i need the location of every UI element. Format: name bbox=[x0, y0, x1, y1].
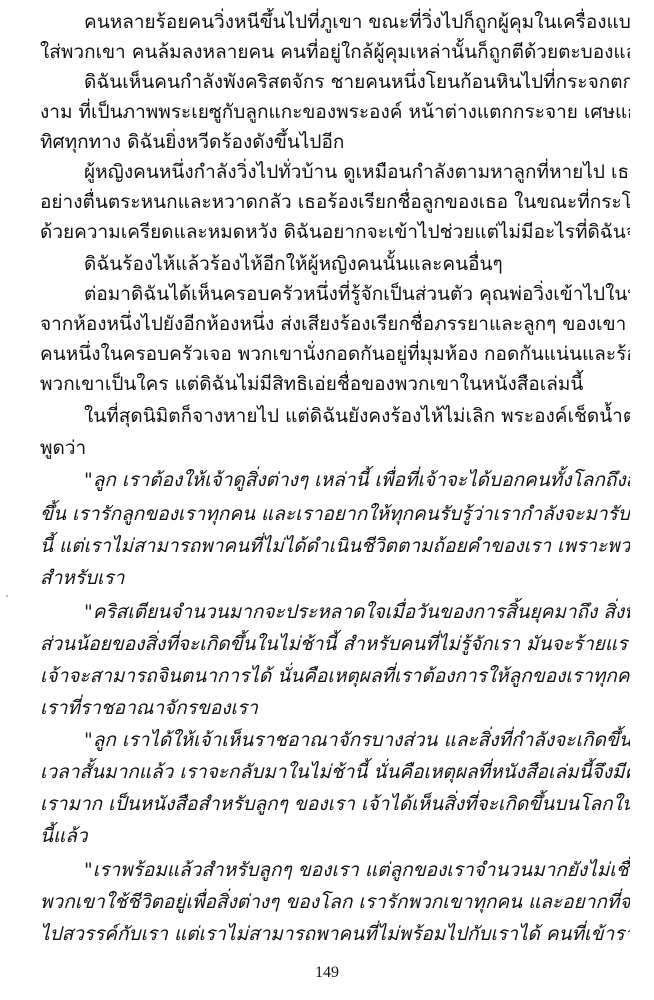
paragraph-first-line: "คริสเตียนจำนวนมากจะประหลาดใจเมื่อวันของ… bbox=[84, 598, 630, 628]
text-line: ด้วยความเครียดและหมดหวัง ดิฉันอยากจะเข้า… bbox=[40, 218, 630, 248]
paragraph-first-line: คนหลายร้อยคนวิ่งหนีขึ้นไปที่ภูเขา ขณะที่… bbox=[84, 8, 630, 38]
text-line: นี้ แต่เราไม่สามารถพาคนที่ไม่ได้ดำเนินชี… bbox=[40, 532, 630, 562]
paragraph-first-line: "ลูก เราต้องให้เจ้าดูสิ่งต่างๆ เหล่านี้ … bbox=[84, 466, 630, 496]
text-line: นี้แล้ว bbox=[40, 822, 630, 852]
paragraph-first-line: "ลูก เราได้ให้เจ้าเห็นราชอาณาจักรบางส่วน… bbox=[84, 726, 630, 756]
text-line: ใส่พวกเขา คนล้มลงหลายคน คนที่อยู่ใกล้ผู้… bbox=[40, 38, 630, 68]
text-line: ขึ้น เรารักลูกของเราทุกคน และเราอยากให้ท… bbox=[40, 500, 630, 530]
text-line: เรามาก เป็นหนังสือสำหรับลูกๆ ของเรา เจ้า… bbox=[40, 790, 630, 820]
scan-speck bbox=[6, 595, 8, 597]
text-line: ทิศทุกทาง ดิฉันยิ่งหวีดร้องดังขึ้นไปอีก bbox=[40, 128, 630, 158]
paragraph-first-line: ต่อมาดิฉันได้เห็นครอบครัวหนึ่งที่รู้จักเ… bbox=[84, 280, 630, 310]
page-number: 149 bbox=[0, 964, 654, 982]
paragraph-first-line: ดิฉันร้องไห้แล้วร้องไห้อีกให้ผู้หญิงคนนั… bbox=[84, 250, 630, 280]
text-line: พูดว่า bbox=[40, 434, 630, 464]
text-line: เราที่ราชอาณาจักรของเรา bbox=[40, 694, 630, 724]
text-line: ส่วนน้อยของสิ่งที่จะเกิดขึ้นในไม่ช้านี้ … bbox=[40, 630, 630, 660]
text-line: คนหนึ่งในครอบครัวเจอ พวกเขานั่งกอดกันอยู… bbox=[40, 340, 630, 370]
text-line: ไปสวรรค์กับเรา แต่เราไม่สามารถพาคนที่ไม่… bbox=[40, 920, 630, 950]
paragraph-first-line: ในที่สุดนิมิตก็จางหายไป แต่ดิฉันยังคงร้อ… bbox=[84, 402, 630, 432]
text-line: อย่างตื่นตระหนกและหวาดกลัว เธอร้องเรียกช… bbox=[40, 188, 630, 218]
text-line: พวกเขาใช้ชีวิตอยู่เพื่อสิ่งต่างๆ ของโลก … bbox=[40, 888, 630, 918]
text-line: งาม ที่เป็นภาพพระเยซูกับลูกแกะของพระองค์… bbox=[40, 98, 630, 128]
text-line: สำหรับเรา bbox=[40, 564, 630, 594]
document-page: คนหลายร้อยคนวิ่งหนีขึ้นไปที่ภูเขา ขณะที่… bbox=[0, 0, 654, 1000]
paragraph-first-line: ผู้หญิงคนหนึ่งกำลังวิ่งไปทั่วบ้าน ดูเหมื… bbox=[84, 158, 630, 188]
paragraph-first-line: "เราพร้อมแล้วสำหรับลูกๆ ของเรา แต่ลูกของ… bbox=[84, 856, 630, 886]
text-line: เจ้าจะสามารถจินตนาการได้ นั่นคือเหตุผลที… bbox=[40, 662, 630, 692]
text-line: พวกเขาเป็นใคร แต่ดิฉันไม่มีสิทธิเอ่ยชื่อ… bbox=[40, 370, 630, 400]
text-line: จากห้องหนึ่งไปยังอีกห้องหนึ่ง ส่งเสียงร้… bbox=[40, 310, 630, 340]
text-line: เวลาสั้นมากแล้ว เราจะกลับมาในไม่ช้านี้ น… bbox=[40, 758, 630, 788]
paragraph-first-line: ดิฉันเห็นคนกำลังพังคริสตจักร ชายคนหนึ่งโ… bbox=[84, 68, 630, 98]
